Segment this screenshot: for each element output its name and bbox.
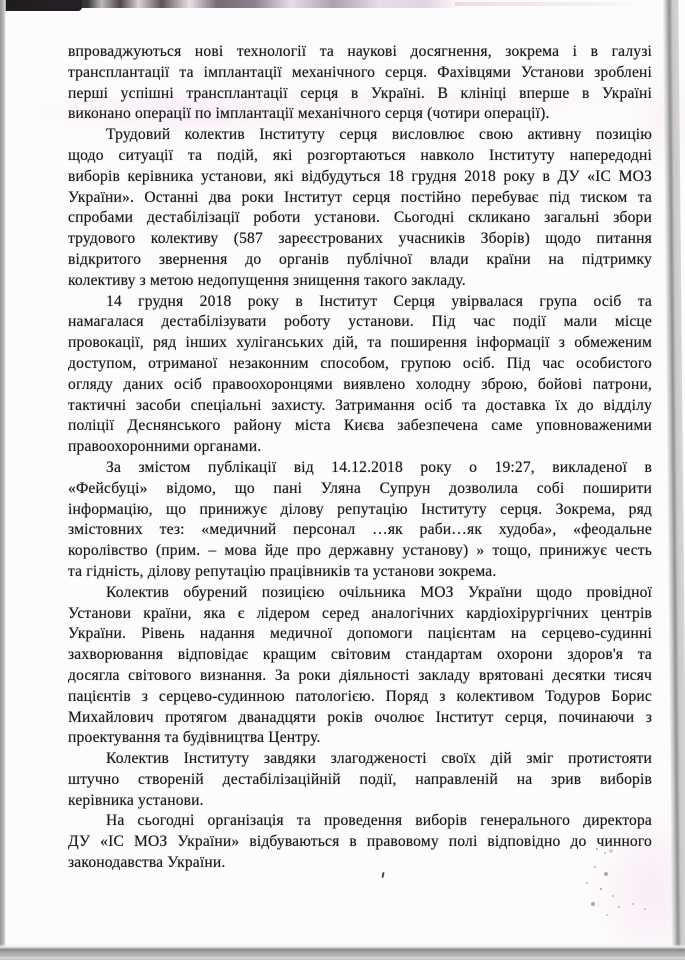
scan-artifact-pencil-speckles <box>596 848 598 850</box>
text-line: Колектив Інституту завдяки злагодженості… <box>68 749 652 770</box>
page-edge-right <box>662 0 685 960</box>
text-line: Михайлович протягом дванадцяти років очо… <box>68 708 652 729</box>
text-line: та гідність, ділову репутацію працівникі… <box>68 562 652 583</box>
text-line: правоохоронними органами. <box>68 437 652 458</box>
text-line: впроваджуються нові технології та науков… <box>68 42 652 63</box>
text-line: пацієнтів з серцево-судинною патологією.… <box>68 687 652 708</box>
text-line: 14 грудня 2018 року в Інститут Серця уві… <box>68 292 652 313</box>
scan-artifact-top-streak-faint <box>455 2 645 6</box>
text-line: досягла світового визнання. За роки діял… <box>68 666 652 687</box>
text-line: «Фейсбуці» відомо, що пані Уляна Супрун … <box>68 479 652 500</box>
text-line: змістовних тез: «медичний персонал …як р… <box>68 520 652 541</box>
text-line: керівника установи. <box>68 791 652 812</box>
text-line: відкритого звернення до органів публічно… <box>68 250 652 271</box>
text-line: доступом, отриманої незаконним способом,… <box>68 354 652 375</box>
text-line: захворювання відповідає кращим світовим … <box>68 645 652 666</box>
text-line: штучно створеній дестабілізаційній події… <box>68 770 652 791</box>
text-line: виборів керівника установи, які відбудут… <box>68 167 652 188</box>
text-line: виконано операції по імплантації механіч… <box>68 104 652 125</box>
text-line: Установи країни, яка є лідером серед ана… <box>68 604 652 625</box>
text-line: України. Рівень надання медичної допомог… <box>68 624 652 645</box>
text-line: трудового колективу (587 зареєстрованих … <box>68 229 652 250</box>
paragraph: На сьогодні організація та проведення ви… <box>68 811 652 873</box>
text-line: Трудовий колектив Інституту серця вислов… <box>68 125 652 146</box>
text-line: щодо ситуації та подій, які розгортаютьс… <box>68 146 652 167</box>
text-line: інформацію, що принижує ділову репутацію… <box>68 500 652 521</box>
text-line: проектування та будівництва Центру. <box>68 728 652 749</box>
paragraph: Трудовий колектив Інституту серця вислов… <box>68 125 652 291</box>
text-line: поліції Деснянського району міста Києва … <box>68 416 652 437</box>
text-line: перші успішні трансплантації серця в Укр… <box>68 84 652 105</box>
scan-artifact-tick-mark <box>381 872 384 878</box>
text-line: трансплантації та імплантації механічног… <box>68 63 652 84</box>
page-edge-bottom <box>0 944 685 960</box>
document-body: впроваджуються нові технології та науков… <box>68 42 652 874</box>
text-line: королівство (прим. – мова йде про держав… <box>68 541 652 562</box>
paragraph: За змістом публікації від 14.12.2018 рок… <box>68 458 652 583</box>
text-line: огляду даних осіб правоохоронцями виявле… <box>68 375 652 396</box>
paragraph: 14 грудня 2018 року в Інститут Серця уві… <box>68 292 652 458</box>
scan-artifact-top-streak <box>0 0 462 8</box>
text-line: На сьогодні організація та проведення ви… <box>68 811 652 832</box>
text-line: ДУ «ІС МОЗ України» відбуваються в право… <box>68 832 652 853</box>
text-line: Колектив обурений позицією очільника МОЗ… <box>68 583 652 604</box>
text-line: колективу з метою недопущення знищення т… <box>68 271 652 292</box>
text-line: За змістом публікації від 14.12.2018 рок… <box>68 458 652 479</box>
text-line: намагалася дестабілізувати роботу устано… <box>68 312 652 333</box>
text-line: тактичні засоби спеціальні захисту. Затр… <box>68 396 652 417</box>
paragraph: Колектив обурений позицією очільника МОЗ… <box>68 583 652 749</box>
text-line: законодавства України. <box>68 853 652 874</box>
page-edge-left <box>0 0 6 948</box>
text-line: спробами дестабілізації роботи установи.… <box>68 208 652 229</box>
paragraph: Колектив Інституту завдяки злагодженості… <box>68 749 652 811</box>
text-line: України». Останні два роки Інститут серц… <box>68 188 652 209</box>
paragraph: впроваджуються нові технології та науков… <box>68 42 652 125</box>
text-line: провокації, ряд інших хуліганських дій, … <box>68 333 652 354</box>
scanned-document-page: впроваджуються нові технології та науков… <box>0 0 685 960</box>
